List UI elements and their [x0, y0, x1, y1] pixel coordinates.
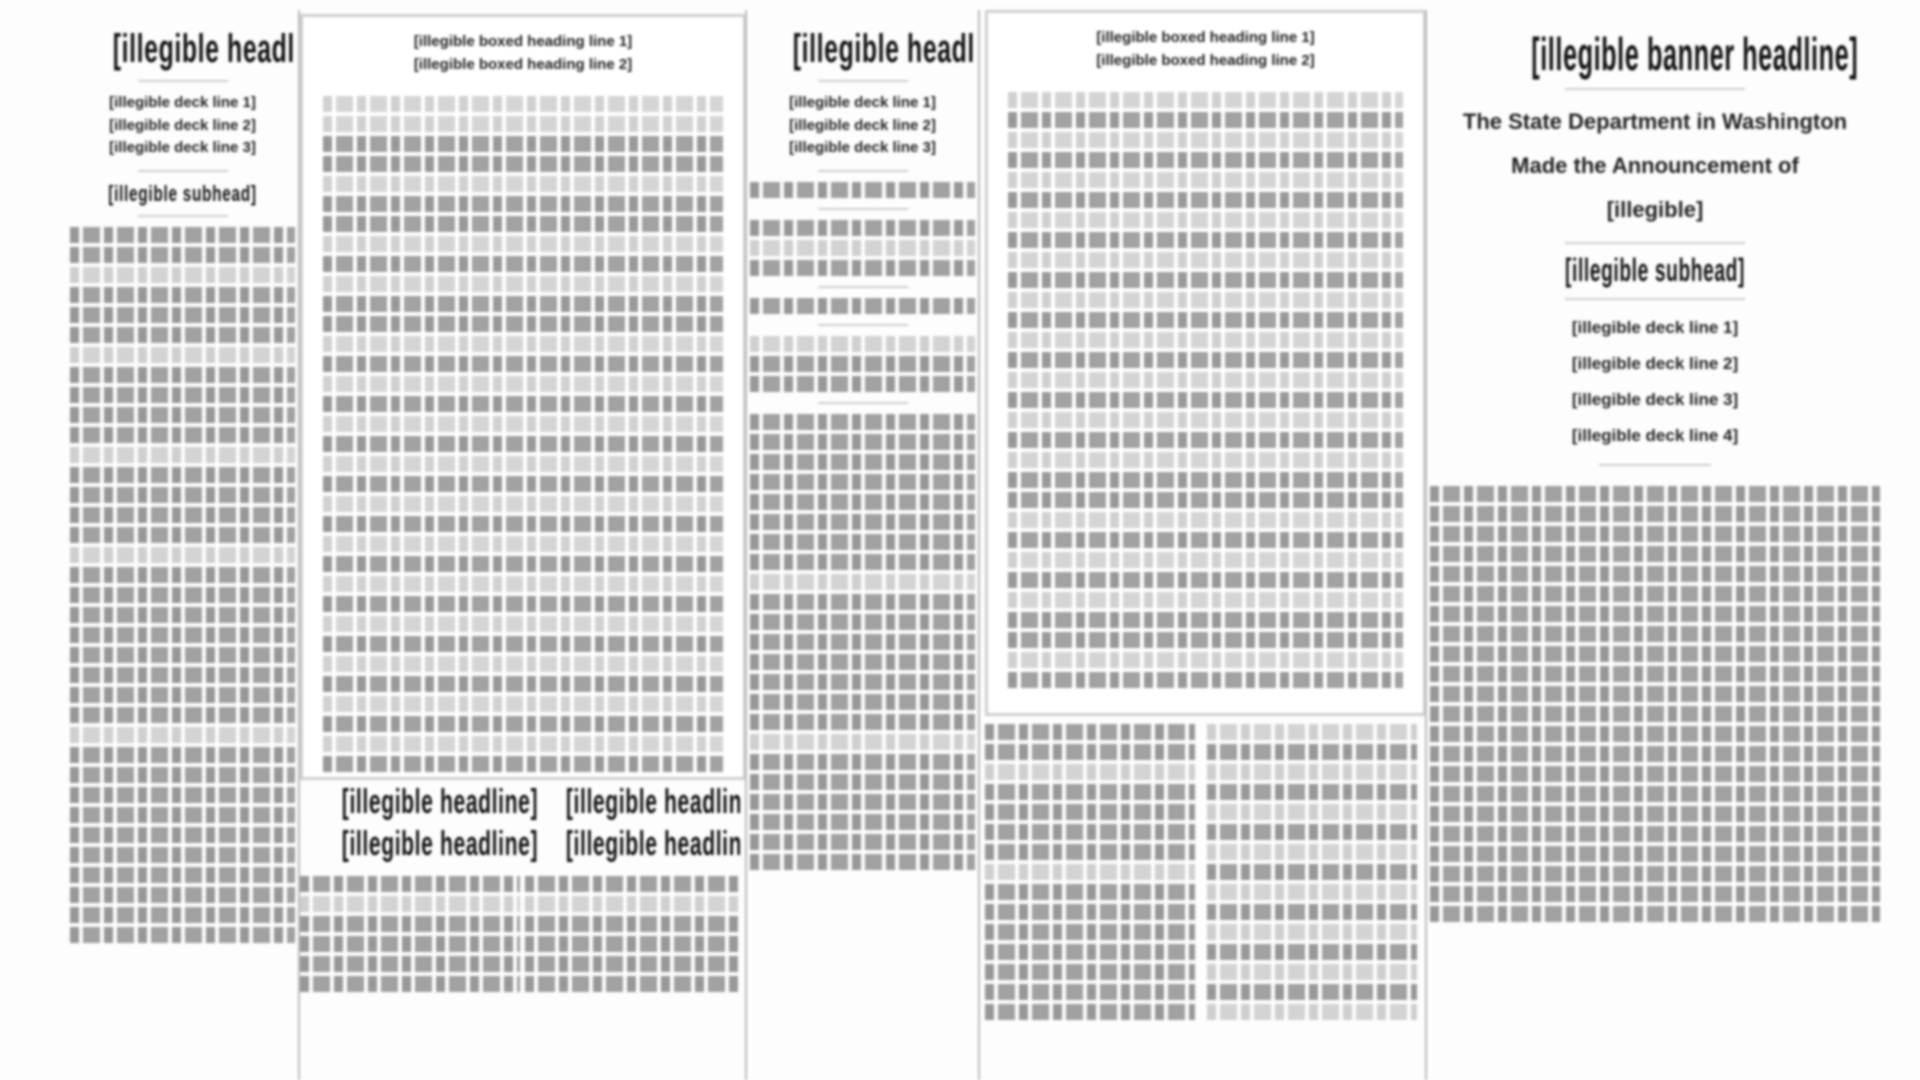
column-3-headline: [illegible headline] — [793, 28, 933, 70]
box-1-title-line-1: [illegible boxed heading line 1] — [303, 31, 743, 54]
column-2-lower: [illegible headline] [illegible headline… — [300, 785, 740, 1080]
divider — [138, 80, 228, 82]
column-5: [illegible banner headline] The State De… — [1430, 20, 1880, 1080]
column-3-body — [750, 182, 975, 870]
column-rule — [745, 10, 747, 1080]
lower-left-article: [illegible headline] [illegible headline… — [300, 785, 520, 996]
column-5-deck-3: [illegible] — [1430, 188, 1880, 232]
column-1-headline: [illegible headline] — [113, 28, 253, 70]
divider — [1565, 242, 1745, 244]
lower-right-headline-1: [illegible headline] — [566, 785, 699, 821]
divider — [1599, 464, 1712, 466]
column-5-subdeck-3: [illegible deck line 3] — [1430, 382, 1880, 418]
column-5-subdeck-2: [illegible deck line 2] — [1430, 346, 1880, 382]
column-5-deck-1: The State Department in Washington — [1430, 100, 1880, 144]
divider — [1565, 88, 1745, 90]
column-1-deck-1: [illegible deck line 1] — [70, 92, 295, 115]
divider — [138, 170, 228, 172]
lower-left-headline-2: [illegible headline] — [342, 827, 478, 863]
lower-right-headline-2: [illegible headline] — [566, 827, 699, 863]
column-rule — [978, 10, 980, 1080]
column-rule — [1425, 10, 1427, 1080]
column-5-deck-2: Made the Announcement of — [1430, 144, 1880, 188]
column-3-deck-1: [illegible deck line 1] — [750, 92, 975, 115]
lower-right-article: [illegible headline] [illegible headline… — [525, 785, 740, 996]
box-1-body — [303, 76, 743, 780]
column-1-deck-2: [illegible deck line 2] — [70, 115, 295, 138]
divider — [818, 80, 908, 82]
newspaper-page: [illegible headline] [illegible deck lin… — [0, 0, 1920, 1080]
column-5-subdeck-4: [illegible deck line 4] — [1430, 418, 1880, 454]
box-2-body — [988, 72, 1423, 708]
column-1-subhead: [illegible subhead] — [104, 182, 262, 205]
column-4-boxed-article: [illegible boxed heading line 1] [illegi… — [985, 10, 1426, 716]
column-5-subdeck-1: [illegible deck line 1] — [1430, 310, 1880, 346]
column-5-banner-headline: [illegible banner headline] — [1531, 30, 1779, 78]
divider — [818, 170, 908, 172]
column-4-lower — [985, 720, 1420, 1080]
lower-left-headline-1: [illegible headline] — [342, 785, 478, 821]
divider — [1565, 298, 1745, 300]
column-1-body — [70, 227, 295, 943]
divider — [138, 215, 228, 217]
column-3: [illegible headline] [illegible deck lin… — [750, 20, 975, 1080]
column-5-body — [1430, 486, 1880, 922]
column-2-boxed-article: [illegible boxed heading line 1] [illegi… — [300, 14, 746, 780]
column-1-deck-3: [illegible deck line 3] — [70, 137, 295, 160]
box-2-title-line-1: [illegible boxed heading line 1] — [988, 27, 1423, 50]
column-5-subhead: [illegible subhead] — [1520, 254, 1790, 288]
column-3-deck-2: [illegible deck line 2] — [750, 115, 975, 138]
box-1-title-line-2: [illegible boxed heading line 2] — [303, 54, 743, 77]
column-3-deck-3: [illegible deck line 3] — [750, 137, 975, 160]
column-1: [illegible headline] [illegible deck lin… — [70, 20, 295, 1080]
box-2-title-line-2: [illegible boxed heading line 2] — [988, 50, 1423, 73]
